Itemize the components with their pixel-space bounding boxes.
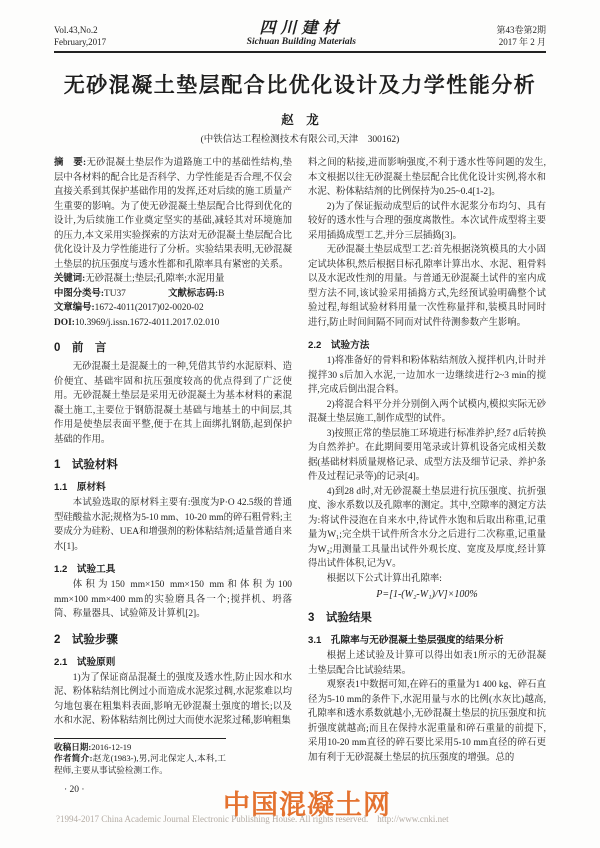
doi-value: 10.3969/j.issn.1672-4011.2017.02.010 [75,318,219,328]
issue-info: 第43卷第2期 2017 年 2 月 [496,25,546,48]
volume-info: Vol.43,No.2 February,2017 [54,25,106,48]
section-2-2-item-1: 1)将准备好的骨料和粉体粘结剂放入搅拌机内,计时并搅拌30 s后加入水泥,一边加… [308,354,546,398]
section-1-1-paragraph: 本试验选取的原材料主要有:强度为P·O 42.5级的普通型硅酸盐水泥;规格为5-… [54,496,292,554]
section-heading-2-procedure: 2 试验步骤 [54,631,292,647]
section-heading-2-2-methods: 2.2 试验方法 [308,337,546,351]
doi-line: DOI:10.3969/j.issn.1672-4011.2017.02.010 [54,316,292,331]
article-number-line: 文章编号:1672-4011(2017)02-0020-02 [54,301,292,316]
section-2-2-formula-intro: 根据以下公式计算出孔隙率: [308,572,546,587]
article-number-value: 1672-4011(2017)02-0020-02 [95,303,204,313]
abstract: 摘 要:无砂混凝土垫层作为道路施工中的基础性结构,垫层中各材料的配合比是否科学、… [54,156,292,272]
section-0-paragraph: 无砂混凝土是混凝土的一种,凭借其节约水泥原料、造价便宜、基础牢固和抗压强度较高的… [54,360,292,447]
clc-label: 中图分类号: [54,289,104,299]
left-column: 摘 要:无砂混凝土垫层作为道路施工中的基础性结构,垫层中各材料的配合比是否科学、… [54,156,292,795]
journal-logo: 四川建材 Sichuan Building Materials [247,20,356,48]
section-heading-3-results: 3 试验结果 [308,609,546,625]
clc-value: TU37 [104,289,126,299]
doc-code-value: B [218,289,224,299]
section-2-1-item-1-continuation: 料之间的粘接,进而影响强度,不利于透水性等问题的发生,本文根据以往无砂混凝土垫层… [308,156,546,200]
author-bio-label: 作者简介: [54,753,92,763]
month-line: February,2017 [54,37,106,49]
volume-line: Vol.43,No.2 [54,25,106,37]
doi-label: DOI: [54,318,75,328]
paper-title: 无砂混凝土垫层配合比优化设计及力学性能分析 [54,69,546,99]
section-3-1-paragraph-2: 观察表1中数据可知,在碎石的重量为1 400 kg、碎石直径为5-10 mm的条… [308,678,546,765]
journal-page: Vol.43,No.2 February,2017 四川建材 Sichuan B… [0,0,600,848]
date-line: 2017 年 2 月 [496,37,546,49]
received-date-label: 收稿日期: [54,742,91,752]
keywords-line: 关键词:无砂混凝土;垫层;孔隙率;水泥用量 [54,272,292,287]
copyright-line: ?1994-2017 China Academic Journal Electr… [56,814,556,824]
two-column-body: 摘 要:无砂混凝土垫层作为道路施工中的基础性结构,垫层中各材料的配合比是否科学、… [54,156,546,795]
abstract-text: 无砂混凝土垫层作为道路施工中的基础性结构,垫层中各材料的配合比是否科学、力学性能… [54,158,292,270]
section-1-2-paragraph: 体积为150 mm×150 mm×150 mm和体积为100 mm×100 mm… [54,578,292,622]
author-bio-line: 作者简介:赵龙(1983-),男,河北保定人,本科,工程师,主要从事试验检测工作… [54,753,226,777]
issue-line: 第43卷第2期 [496,25,546,37]
section-2-2-item-4: 4)到28 d时,对无砂混凝土垫层进行抗压强度、抗折强度、渗水系数以及孔隙率的测… [308,485,546,572]
abstract-label: 摘 要: [54,158,86,168]
section-heading-2-1-principles: 2.1 试验原则 [54,654,292,668]
right-column: 料之间的粘接,进而影响强度,不利于透水性等问题的发生,本文根据以往无砂混凝土垫层… [308,156,546,795]
section-2-2-item-2: 2)将混合料平分并分别倒入两个试模内,模拟实际无砂混凝土垫层施工,制作成型的试件… [308,398,546,427]
section-2-1-item-1: 1)为了保证商品混凝土的强度及透水性,防止因水和水泥、粉体粘结剂比例过小而造成水… [54,671,292,729]
section-heading-1-1-raw-materials: 1.1 原材料 [54,479,292,493]
section-heading-1-materials: 1 试验材料 [54,456,292,472]
received-date-line: 收稿日期:2016-12-19 [54,742,226,754]
section-2-1-item-2: 2)为了保证振动成型后的试件水泥浆分布均匀、具有较好的透水性与合理的强度离散性。… [308,200,546,244]
porosity-formula: P=[1-(W₂-W₁)/V]×100% [308,589,546,600]
keywords-label: 关键词: [54,274,85,284]
section-heading-3-1-analysis: 3.1 孔隙率与无砂混凝土垫层强度的结果分析 [308,632,546,646]
journal-name-en: Sichuan Building Materials [247,37,356,48]
clc-line: 中图分类号:TU37文献标志码:B [54,287,292,302]
section-heading-1-2-tools: 1.2 试验工具 [54,561,292,575]
article-number-label: 文章编号: [54,303,95,313]
footnote-block: 收稿日期:2016-12-19 作者简介:赵龙(1983-),男,河北保定人,本… [54,738,226,777]
doc-code-label: 文献标志码: [168,289,218,299]
received-date-value: 2016-12-19 [91,742,131,752]
masthead: Vol.43,No.2 February,2017 四川建材 Sichuan B… [54,20,546,53]
keywords-text: 无砂混凝土;垫层;孔隙率;水泥用量 [85,274,224,284]
section-3-1-paragraph-1: 根据上述试验及计算可以得出如表1所示的无砂混凝土垫层配合比试验结果。 [308,649,546,678]
section-heading-0-preface: 0 前 言 [54,339,292,355]
author-affiliation: (中铁信达工程检测技术有限公司,天津 300162) [54,131,546,145]
section-2-1-paragraph-forming-process: 无砂混凝土垫层成型工艺:首先根据浇筑模具的大小固定试块体积,然后根据目标孔隙率计… [308,243,546,330]
author-name: 赵 龙 [54,110,546,128]
section-2-2-item-3: 3)按照正常的垫层施工环境进行标准养护,经7 d后转换为自然养护。在此期间要用笔… [308,427,546,485]
journal-name-cn: 四川建材 [247,20,356,37]
